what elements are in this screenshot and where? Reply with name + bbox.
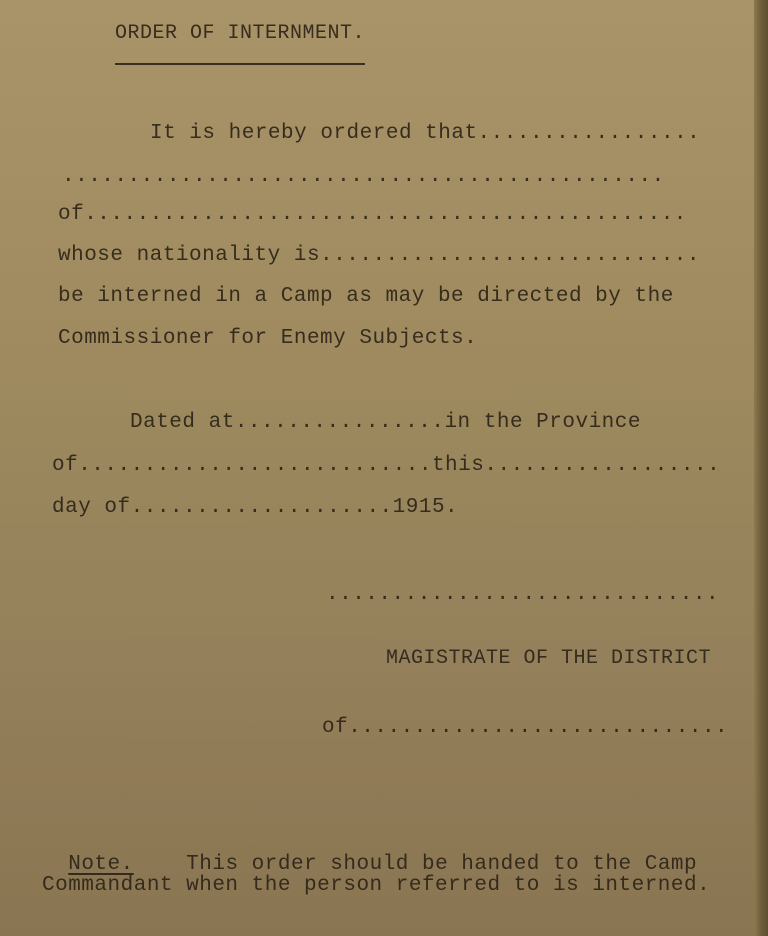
dated-line-3: day of....................1915. xyxy=(52,496,458,519)
order-line-5: be interned in a Camp as may be directed… xyxy=(58,285,674,308)
order-line-4: whose nationality is....................… xyxy=(58,244,700,267)
note-label: Note. xyxy=(68,853,134,876)
order-line-6: Commissioner for Enemy Subjects. xyxy=(58,327,477,350)
title-underline xyxy=(115,63,365,65)
signature-line: .............................. xyxy=(326,583,719,606)
signatory-title: MAGISTRATE OF THE DISTRICT xyxy=(386,647,711,670)
order-line-1: It is hereby ordered that...............… xyxy=(150,122,700,145)
note-line-1: Note. This order should be handed to the… xyxy=(42,830,697,876)
dated-line-2: of...........................this.......… xyxy=(52,454,720,477)
document-title: ORDER OF INTERNMENT. xyxy=(115,22,365,45)
order-line-2: ........................................… xyxy=(62,165,665,188)
note-text-1: This order should be handed to the Camp xyxy=(186,853,697,876)
dated-line-1: Dated at................in the Province xyxy=(130,411,641,434)
page-edge xyxy=(754,0,768,936)
note-line-2: Commandant when the person referred to i… xyxy=(42,874,710,897)
order-line-3: of......................................… xyxy=(58,203,687,226)
district-line: of............................. xyxy=(322,716,728,739)
